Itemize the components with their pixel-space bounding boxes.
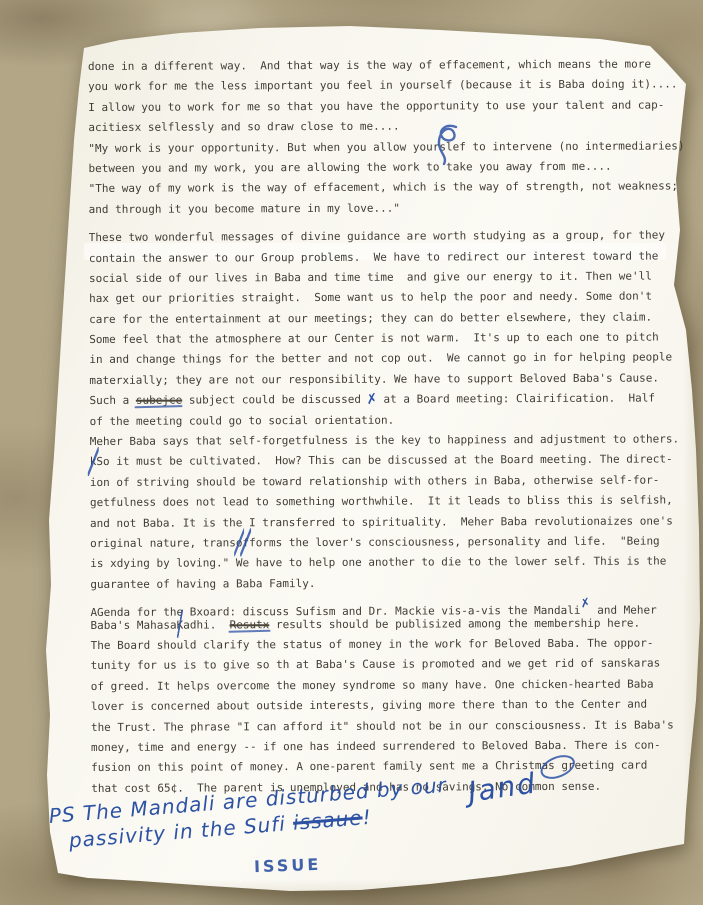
- typed-text: tunity for us is to give so th at Baba's…: [91, 657, 661, 672]
- typed-text: money, time and energy -- if one has ind…: [91, 738, 661, 753]
- typed-text: These two wonderful messages of divine g…: [89, 229, 665, 245]
- typed-text: original nature, trans: [90, 536, 236, 550]
- ps-exclamation: !: [362, 805, 373, 830]
- typed-line: ion of striving should be toward relatio…: [90, 470, 702, 493]
- typed-text: Such a: [89, 394, 135, 407]
- typed-line: fusion on this point of money. A one-par…: [91, 756, 703, 779]
- typed-line: Some feel that the atmosphere at our Cen…: [89, 327, 701, 350]
- typed-line: "My work is your opportunity. But when y…: [88, 136, 700, 159]
- paragraph-1: done in a different way. And that way is…: [88, 54, 701, 220]
- paragraph-2: These two wonderful messages of divine g…: [89, 225, 702, 432]
- typed-text: forms the lover's consciousness, persona…: [249, 534, 660, 549]
- typed-text: "My work is your opportunity. But when y…: [88, 139, 684, 155]
- typed-text: materxially; they are not our responsibi…: [89, 371, 659, 386]
- typed-text: results should be publisized among the m…: [269, 616, 640, 631]
- typed-text: in and change things for the better and …: [89, 351, 672, 367]
- typed-line: contain the answer to our Group problems…: [89, 246, 701, 269]
- typed-line: done in a different way. And that way is…: [88, 54, 700, 77]
- typed-text: acitiesx selflessly and so draw close to…: [88, 120, 399, 134]
- ink-insertion-mark: ✗: [578, 592, 592, 614]
- typed-line: and through it you become mature in my l…: [89, 197, 701, 220]
- typed-line: and not Baba. It is the I transferred to…: [90, 511, 702, 534]
- typed-text: at a Board meeting: Clairification. Half: [377, 392, 655, 406]
- typed-line: is xdying by loving." We have to help on…: [90, 552, 702, 575]
- typed-line: tunity for us is to give so th at Baba's…: [91, 654, 703, 677]
- paragraph-4: AGenda for the Bxoard: discuss Sufism an…: [90, 592, 703, 799]
- typed-text: of greed. It helps overcome the money sy…: [91, 677, 654, 692]
- typed-text: I allow you to work for me so that you h…: [88, 98, 664, 114]
- ink-slashed-k: k: [90, 452, 97, 472]
- typed-text: ion of striving should be toward relatio…: [90, 473, 660, 488]
- typed-line: I allow you to work for me so that you h…: [88, 95, 700, 118]
- typed-line: social side of our lives in Baba and tim…: [89, 266, 701, 289]
- typed-line: the Trust. The phrase "I can afford it" …: [91, 715, 703, 738]
- typed-line: kSo it must be cultivated. How? This can…: [90, 450, 702, 473]
- typed-text: between you and my work, you are allowin…: [88, 160, 611, 175]
- typed-line: of greed. It helps overcome the money sy…: [91, 674, 703, 697]
- typed-text: hax get our priorities straight. Some wa…: [89, 290, 652, 305]
- typed-line: Meher Baba says that self-forgetfulness …: [90, 429, 702, 452]
- typed-line: hax get our priorities straight. Some wa…: [89, 287, 701, 310]
- typed-line: care for the entertainment at our meetin…: [89, 307, 701, 330]
- typed-text: you work for me the less important you f…: [88, 78, 677, 94]
- handwritten-issue-correction: ISSUE: [254, 855, 322, 876]
- typed-text: So it must be cultivated. How? This can …: [96, 453, 672, 469]
- ink-x-mark: ✗: [364, 387, 380, 414]
- typed-text: subject could be discussed: [182, 393, 367, 407]
- typed-text: "The way of my work is the way of efface…: [89, 180, 678, 196]
- typed-text: is xdying by loving." We have to help on…: [90, 555, 666, 571]
- typed-line: between you and my work, you are allowin…: [88, 156, 700, 179]
- typed-line: money, time and energy -- if one has ind…: [91, 735, 703, 758]
- photo-background: done in a different way. And that way is…: [0, 0, 703, 905]
- typed-text: of the meeting could go to social orient…: [90, 413, 395, 427]
- typed-text: contain the answer to our Group problems…: [89, 249, 659, 264]
- ink-transposition-mark: [432, 122, 464, 166]
- typed-line: guarantee of having a Baba Family.: [90, 572, 702, 595]
- typed-line: in and change things for the better and …: [89, 348, 701, 371]
- typed-text: getfulness does not lead to something wo…: [90, 494, 673, 510]
- typed-text: adhi.: [183, 618, 229, 631]
- typed-text: Meher Baba says that self-forgetfulness …: [90, 432, 679, 448]
- struck-word-resutx: Resutx: [230, 618, 270, 631]
- typed-line: Baba's MahasaKadhi. Resutx results shoul…: [90, 613, 702, 636]
- typed-line: of the meeting could go to social orient…: [90, 409, 702, 432]
- typed-text: The Board should clarify the status of m…: [91, 636, 654, 651]
- typed-text: done in a different way. And that way is…: [88, 58, 651, 73]
- typed-text: lover is concerned about outside interes…: [91, 698, 647, 713]
- struck-word-subejce: subejce: [136, 394, 182, 407]
- typed-line: getfulness does not lead to something wo…: [90, 491, 702, 514]
- typed-line: lover is concerned about outside interes…: [91, 694, 703, 717]
- ink-barred-K: K: [177, 615, 184, 635]
- typed-text: and not Baba. It is the I transferred to…: [90, 514, 673, 530]
- typed-line: original nature, transofforms the lover'…: [90, 531, 702, 554]
- typed-text: the Trust. The phrase "I can afford it" …: [91, 718, 674, 734]
- typed-line: acitiesx selflessly and so draw close to…: [88, 116, 700, 139]
- paragraph-3: Meher Baba says that self-forgetfulness …: [90, 429, 703, 595]
- ink-slashed-f: f: [242, 533, 249, 553]
- letter-body: done in a different way. And that way is…: [88, 54, 703, 799]
- typed-text: and through it you become mature in my l…: [89, 201, 400, 215]
- typed-line: materxially; they are not our responsibi…: [89, 368, 701, 391]
- typed-text: social side of our lives in Baba and tim…: [89, 269, 652, 284]
- typed-text: Some feel that the atmosphere at our Cen…: [89, 331, 659, 346]
- typed-line: Such a subejce subject could be discusse…: [89, 389, 701, 412]
- typed-text: guarantee of having a Baba Family.: [90, 577, 315, 591]
- typed-text: Baba's Mahasa: [90, 618, 176, 631]
- typed-line: These two wonderful messages of divine g…: [89, 225, 701, 248]
- typed-text: care for the entertainment at our meetin…: [89, 310, 652, 325]
- typed-line: you work for me the less important you f…: [88, 75, 700, 98]
- typed-line: "The way of my work is the way of efface…: [89, 177, 701, 200]
